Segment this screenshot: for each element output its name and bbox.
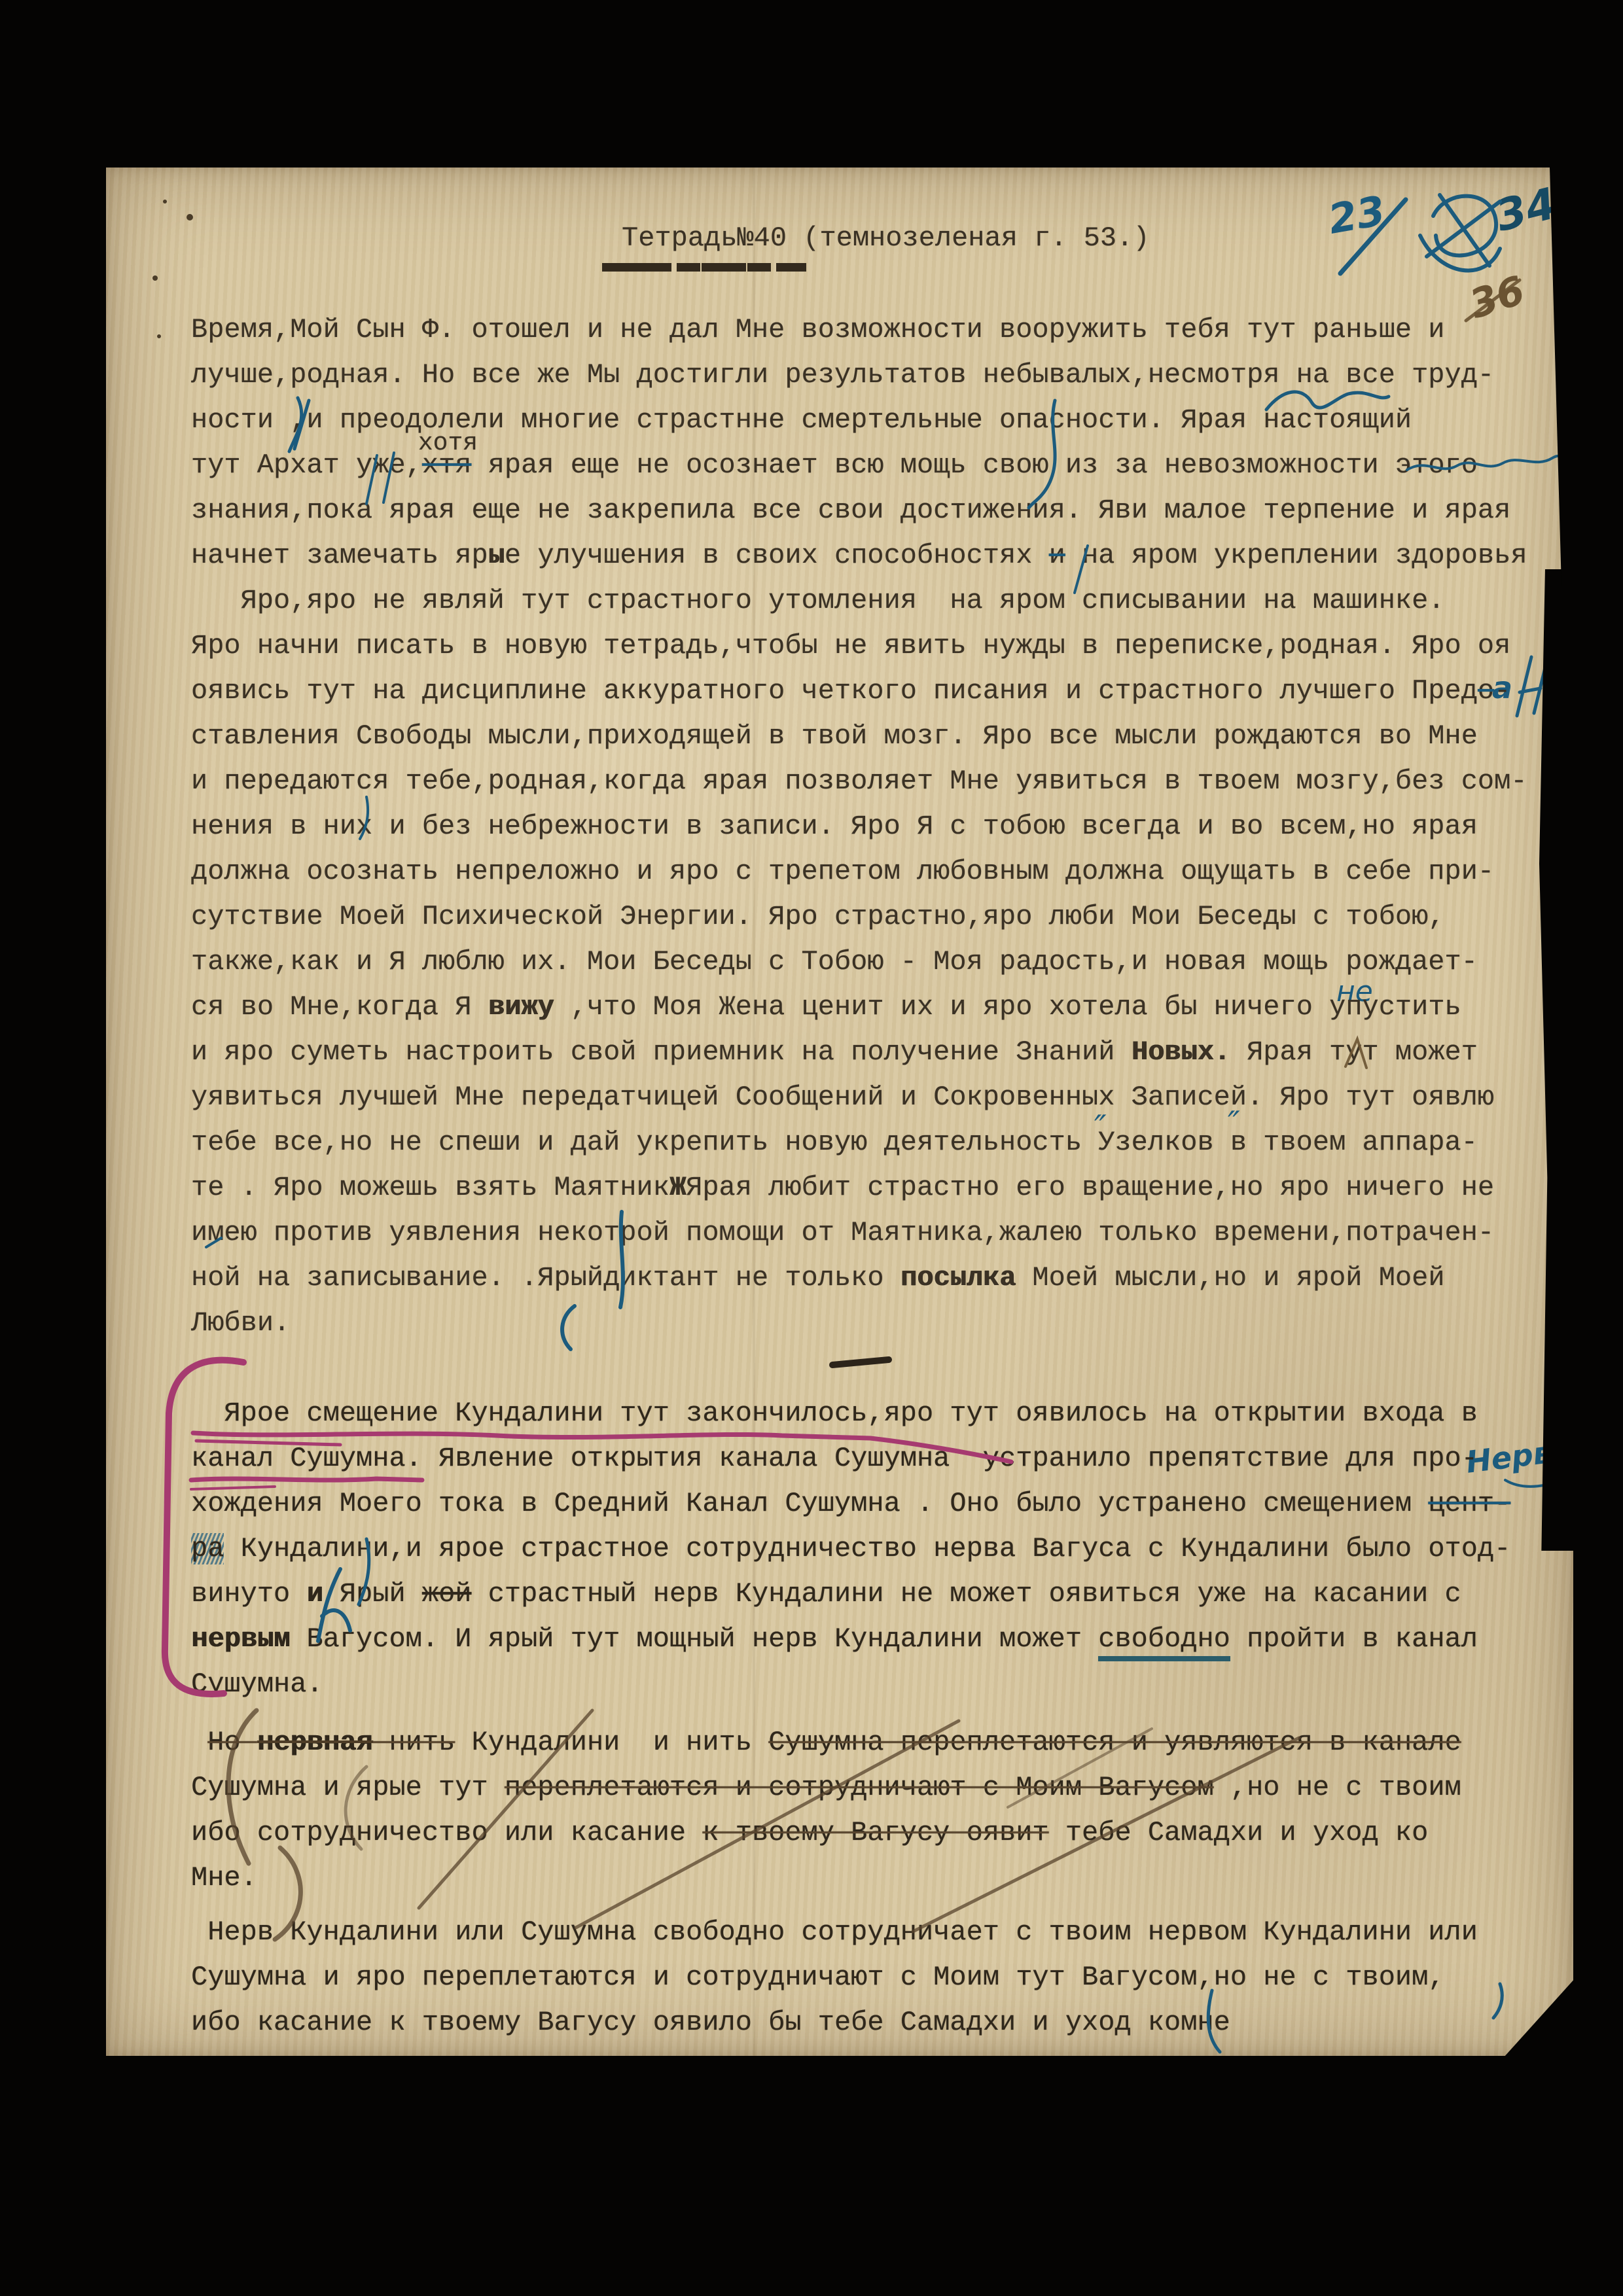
- typed-text-segment: и яро суметь настроить свой приемник на …: [191, 1036, 1132, 1068]
- typed-text-segment: Но: [207, 1727, 257, 1758]
- typed-text-segment: Сушумна и яро переплетаются и сотруднича…: [191, 1962, 1445, 1993]
- typed-text-segment: должна осознать непреложно и яро с трепе…: [191, 856, 1494, 887]
- typed-line: Сушумна и яро переплетаются и сотруднича…: [191, 1955, 1592, 2000]
- typed-text-segment: переплетаются и сотрудничают с Моим Вагу…: [505, 1772, 1214, 1803]
- typed-text-segment: Новых.: [1132, 1036, 1230, 1068]
- typed-line: сутствие Моей Психической Энергии. Яро с…: [191, 894, 1592, 940]
- typed-text-segment: тут Архат уже,: [191, 450, 422, 481]
- typed-line: Время,Мой Сын Ф. отошел и не дал Мне воз…: [191, 308, 1592, 353]
- typed-line: имею против уявления некотрой помощи от …: [191, 1210, 1592, 1256]
- typed-text-segment: Сушумна переплетаются и уявляются в кана…: [768, 1727, 1461, 1758]
- typed-text-segment: имею против уявления некотрой помощи от …: [191, 1217, 1494, 1248]
- typed-text-segment: Ярая любит страстно его вращение,но яро …: [686, 1172, 1494, 1203]
- typed-text-segment: ибо касание к твоему Вагусу оявило бы те…: [191, 2007, 1230, 2038]
- typed-text-segment: знания,пока ярая еще не закрепила все св…: [191, 495, 1510, 526]
- typed-text-segment: ставления Свободы мысли,приходящей в тво…: [191, 720, 1478, 752]
- typed-text-segment: посылка: [901, 1262, 1016, 1294]
- typed-text-segment: хтяхотя: [422, 450, 472, 481]
- typed-text-segment: цент-: [1428, 1488, 1510, 1519]
- typed-text-segment: свободно: [1098, 1623, 1230, 1661]
- typed-line: те . Яро можешь взять МаятникЖЯрая любит…: [191, 1165, 1592, 1210]
- typed-text-segment: к твоему Вагусу оявит: [702, 1817, 1048, 1848]
- typed-text-segment: пройти в канал: [1230, 1623, 1478, 1655]
- typed-body: Время,Мой Сын Ф. отошел и не дал Мне воз…: [191, 308, 1592, 2045]
- typed-text-segment: винуто: [191, 1578, 306, 1610]
- typed-line: уявиться лучшей Мне передатчицей Сообщен…: [191, 1075, 1592, 1120]
- typed-text-segment: -: [1494, 675, 1510, 707]
- typed-line: и яро суметь настроить свой приемник на …: [191, 1030, 1592, 1075]
- typed-text-segment: ибо сотрудничество или касание: [191, 1817, 702, 1848]
- typed-line: нервым Вагусом. И ярый тут мощный нерв К…: [191, 1617, 1592, 1662]
- typed-text-segment: и: [306, 1578, 323, 1610]
- typed-text-segment: начнет замечать яр: [191, 540, 488, 571]
- typed-line: ной на записывание. .Ярыйдиктант не толь…: [191, 1256, 1592, 1301]
- typed-line: ности ,и преодолели многие страстнне сме…: [191, 398, 1592, 443]
- typed-text-segment: канал Сушумна. Явление открытия канала С…: [191, 1443, 1478, 1474]
- typed-text-segment: ра: [191, 1533, 224, 1564]
- typed-line: канал Сушумна. Явление открытия канала С…: [191, 1436, 1592, 1481]
- typed-text-segment: вижу: [488, 991, 554, 1023]
- typed-line: должна осознать непреложно и яро с трепе…: [191, 849, 1592, 894]
- typed-line: Любви.: [191, 1301, 1592, 1346]
- typed-line: Но нервная нить Кундалини и нить Сушумна…: [191, 1720, 1592, 1765]
- title-underline: [602, 263, 806, 272]
- typed-text-segment: Сушумна и ярые тут: [191, 1772, 505, 1803]
- typed-text-segment: Ярая тут может: [1230, 1036, 1478, 1068]
- typed-text-segment: Кундалини,и ярое страстное сотрудничеств…: [224, 1533, 1510, 1564]
- typed-text-segment: Яро начни писать в новую тетрадь,чтобы н…: [191, 630, 1510, 662]
- typed-text-segment: Ж: [669, 1172, 686, 1203]
- typed-text-segment: нервная: [257, 1727, 372, 1758]
- typed-line: ставления Свободы мысли,приходящей в тво…: [191, 714, 1592, 759]
- typed-text-segment: также,как и Я люблю их. Мои Беседы с Тоб…: [191, 946, 1478, 978]
- page-edge-shadow-right: [1539, 569, 1576, 1551]
- typed-line: лучше,родная. Но все же Мы достигли резу…: [191, 353, 1592, 398]
- typed-text-segment: те . Яро можешь взять Маятник: [191, 1172, 669, 1203]
- typed-text-segment: Моей мысли,но и ярой Моей: [1016, 1262, 1444, 1294]
- typed-line: ся во Мне,когда Я вижу ,что Моя Жена цен…: [191, 985, 1592, 1030]
- typed-text-segment: ся во Мне,когда Я: [191, 991, 488, 1023]
- typed-text-segment: и: [1049, 540, 1065, 571]
- typed-text-segment: Любви.: [191, 1307, 290, 1339]
- typed-line: нения в них и без небрежности в записи. …: [191, 804, 1592, 849]
- typed-text-segment: нервым: [191, 1623, 290, 1655]
- typed-superscript-correction: хотя: [418, 421, 478, 466]
- typed-text-segment: ,что Моя Жена ценит их и яро хотела бы н…: [554, 991, 1461, 1023]
- typed-line: Яро начни писать в новую тетрадь,чтобы н…: [191, 624, 1592, 669]
- typed-text-segment: тебе все,но не спеши и дай укрепить нову…: [191, 1127, 1478, 1158]
- typed-line: Мне.: [191, 1856, 1592, 1901]
- typed-line: ибо сотрудничество или касание к твоему …: [191, 1810, 1592, 1856]
- typed-line: ибо касание к твоему Вагусу оявило бы те…: [191, 2000, 1592, 2045]
- typed-text-segment: и передаются тебе,родная,когда ярая позв…: [191, 766, 1527, 797]
- typed-text-segment: е улучшения в своих способностях: [505, 540, 1049, 571]
- typed-text-segment: хождения Моего тока в Средний Канал Сушу…: [191, 1488, 1428, 1519]
- typed-text-segment: тебе Самадхи и уход ко: [1049, 1817, 1429, 1848]
- typed-text-segment: уявиться лучшей Мне передатчицей Сообщен…: [191, 1082, 1494, 1113]
- corner-number-blue: 23: [1325, 186, 1389, 243]
- typed-text-segment: нения в них и без небрежности в записи. …: [191, 811, 1478, 842]
- typed-line: ра Кундалини,и ярое страстное сотрудниче…: [191, 1527, 1592, 1572]
- typed-line: Сушумна.: [191, 1662, 1592, 1707]
- typed-line: Ярое смещение Кундалини тут закончилось,…: [191, 1391, 1592, 1436]
- typed-line: Нерв Кундалини или Сушумна свободно сотр…: [191, 1910, 1592, 1955]
- typed-text-segment: жой: [422, 1578, 472, 1610]
- typed-line: знания,пока ярая еще не закрепила все св…: [191, 488, 1592, 533]
- typed-line: также,как и Я люблю их. Мои Беседы с Тоб…: [191, 940, 1592, 985]
- typed-text-segment: Ярый: [323, 1578, 422, 1610]
- typed-line: хождения Моего тока в Средний Канал Сушу…: [191, 1481, 1592, 1527]
- typed-text-segment: оявись тут на дисциплине аккуратного чет…: [191, 675, 1478, 707]
- typed-text-segment: на яром укреплении здоровья: [1065, 540, 1527, 571]
- typed-line: оявись тут на дисциплине аккуратного чет…: [191, 669, 1592, 714]
- typed-text-segment: ,но не с твоим: [1214, 1772, 1461, 1803]
- typed-line: винуто и Ярый жой страстный нерв Кундали…: [191, 1572, 1592, 1617]
- typed-text-segment: Вагусом. И ярый тут мощный нерв Кундалин…: [290, 1623, 1098, 1655]
- typed-line: [191, 1346, 1592, 1391]
- typed-text-segment: сутствие Моей Психической Энергии. Яро с…: [191, 901, 1445, 932]
- typed-text-segment: Время,Мой Сын Ф. отошел и не дал Мне воз…: [191, 314, 1445, 345]
- scanned-page: Тетрадь№40 (темнозеленая г. 53.) 23 34 3…: [0, 0, 1623, 2296]
- typed-line: начнет замечать ярые улучшения в своих с…: [191, 533, 1592, 578]
- typed-text-segment: нить: [372, 1727, 455, 1758]
- typed-text-segment: Нерв Кундалини или Сушумна свободно сотр…: [191, 1916, 1478, 1948]
- typed-line: Сушумна и ярые тут переплетаются и сотру…: [191, 1765, 1592, 1810]
- typed-text-segment: ности ,и преодолели многие страстнне сме…: [191, 404, 1412, 436]
- typed-line: тебе все,но не спеши и дай укрепить нову…: [191, 1120, 1592, 1165]
- typed-text-segment: Мне.: [191, 1862, 257, 1894]
- typed-text-segment: Яро,яро не являй тут страстного утомлени…: [191, 585, 1445, 616]
- typed-text-segment: ной на записывание. .Ярыйдиктант не толь…: [191, 1262, 901, 1294]
- typed-text-segment: Кундалини и нить: [455, 1727, 768, 1758]
- typed-line: тут Архат уже,хтяхотя ярая еще не осозна…: [191, 443, 1592, 488]
- typed-text-segment: лучше,родная. Но все же Мы достигли резу…: [191, 359, 1494, 391]
- typed-text-segment: о: [1478, 675, 1494, 707]
- typed-text-segment: ярая еще не осознает всю мощь свою из за…: [471, 450, 1477, 481]
- typed-text-segment: ы: [488, 540, 505, 571]
- page-title: Тетрадь№40 (темнозеленая г. 53.): [622, 222, 1150, 254]
- typed-line: и передаются тебе,родная,когда ярая позв…: [191, 759, 1592, 804]
- typed-text-segment: Сушумна.: [191, 1669, 323, 1700]
- typed-text-segment: Ярое смещение Кундалини тут закончилось,…: [191, 1398, 1478, 1429]
- typed-text-segment: страстный нерв Кундалини не может оявить…: [472, 1578, 1461, 1610]
- typed-text-segment: [191, 1727, 207, 1758]
- typed-line: Яро,яро не являй тут страстного утомлени…: [191, 578, 1592, 624]
